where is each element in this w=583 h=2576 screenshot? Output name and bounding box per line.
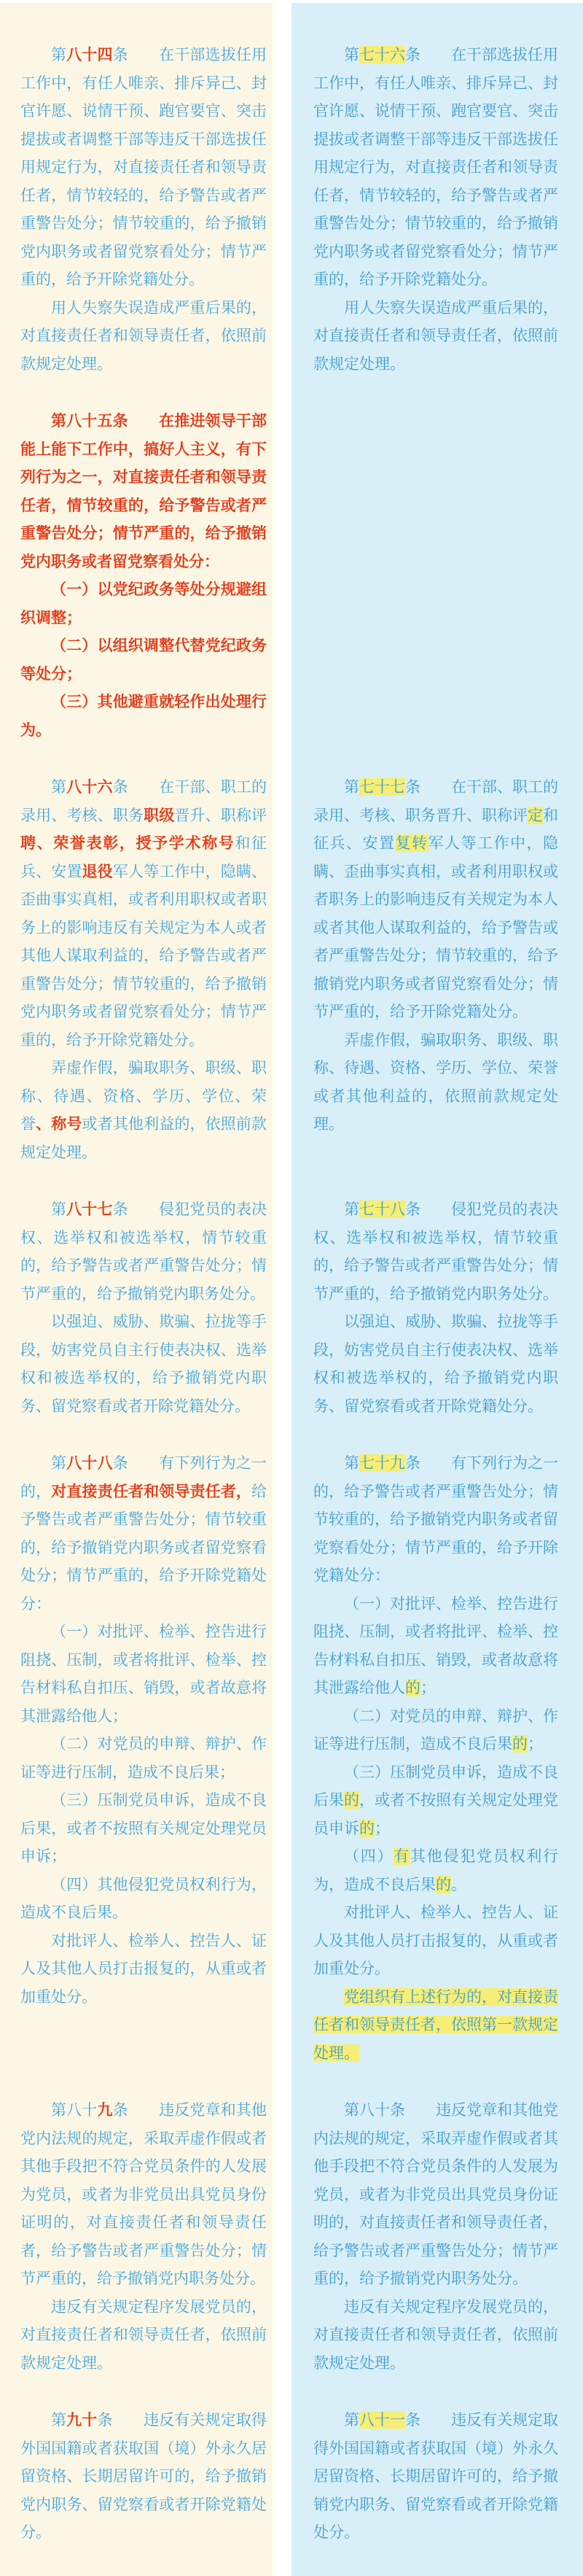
paragraph: 第九十条 违反有关规定取得外国国籍或者获取国（境）外永久居留资格、长期居留许可的… bbox=[20, 2406, 267, 2547]
highlighted-text-segment: 定 bbox=[528, 807, 543, 824]
text-segment: 用人失察失误造成严重后果的，对直接责任者和领导责任者，依照前款规定处理。 bbox=[313, 299, 558, 373]
right-article-cell: 第八十条 违反党章和其他党内法规的规定，采取弄虚作假或者其他手段把不符合党员条件… bbox=[291, 2096, 583, 2406]
paragraph: 以强迫、威胁、欺骗、拉拢等手段，妨害党员自主行使表决权、选举权和被选举权的，给予… bbox=[20, 1308, 267, 1420]
text-segment bbox=[128, 46, 159, 63]
text-segment bbox=[420, 1454, 451, 1472]
highlighted-text-segment: 七十八 bbox=[359, 1200, 405, 1218]
text-segment: 第 bbox=[344, 1200, 359, 1218]
paragraph: （一）对批评、检举、控告进行阻挠、压制，或者将批评、检举、控告材料私自扣压、销毁… bbox=[20, 1618, 267, 1730]
left-article-cell: 第八十六条 在干部、职工的录用、考核、职务职级晋升、职称评聘、荣誉表彰，授予学术… bbox=[0, 773, 273, 1195]
highlighted-text-segment: 的 bbox=[436, 1876, 451, 1893]
text-segment: 第 bbox=[344, 2411, 359, 2429]
text-segment: 第 bbox=[51, 46, 66, 63]
text-segment bbox=[128, 1454, 159, 1472]
comparison-grid: 第八十四条 在干部选拔任用工作中，有任人唯亲、排斥异己、封官许愿、说情干预、跑官… bbox=[0, 3, 583, 2576]
paragraph: 第八十八条 有下列行为之一的，对直接责任者和领导责任者，给予警告或者严重警告处分… bbox=[20, 1449, 267, 1618]
paragraph: 违反有关规定程序发展党员的，对直接责任者和领导责任者，依照前款规定处理。 bbox=[313, 2293, 558, 2378]
text-segment: 以强迫、威胁、欺骗、拉拢等手段，妨害党员自主行使表决权、选举权和被选举权的，给予… bbox=[20, 1313, 267, 1415]
text-segment: 第 bbox=[51, 2411, 66, 2429]
text-segment: 条 bbox=[113, 46, 128, 63]
left-article-cell: 第八十五条 在推进领导干部能上能下工作中，搞好人主义，有下列行为之一，对直接责任… bbox=[0, 407, 273, 773]
left-article-cell: 第八十八条 有下列行为之一的，对直接责任者和领导责任者，给予警告或者严重警告处分… bbox=[0, 1449, 273, 2096]
paragraph: 党组织有上述行为的，对直接责任者和领导责任者，依照第一款规定处理。 bbox=[313, 1983, 558, 2068]
paragraph: 用人失察失误造成严重后果的，对直接责任者和领导责任者，依照前款规定处理。 bbox=[20, 294, 267, 379]
text-segment: 违反党章和其他党内法规的规定，采取弄虚作假或者其他手段把不符合党员条件的人发展为… bbox=[313, 2101, 558, 2287]
added-text-segment: 在推进领导干部能上能下工作中，搞好人主义，有下列行为之一，对直接责任者和领导责任… bbox=[20, 412, 267, 570]
paragraph: 第七十六条 在干部选拔任用工作中，有任人唯亲、排斥异己、封官许愿、说情干预、跑官… bbox=[313, 41, 558, 294]
added-text-segment: （三）其他避重就轻作出处理行为。 bbox=[20, 693, 267, 739]
paragraph: （二）对党员的申辩、辩护、作证等进行压制，造成不良后果的； bbox=[313, 1702, 558, 1758]
text-segment: 违反有关规定程序发展党员的，对直接责任者和领导责任者，依照前款规定处理。 bbox=[313, 2298, 558, 2372]
column-gutter bbox=[273, 2406, 291, 2576]
left-article-cell: 第八十九条 违反党章和其他党内法规的规定，采取弄虚作假或者其他手段把不符合党员条… bbox=[0, 2096, 273, 2406]
text-segment bbox=[420, 2411, 451, 2429]
text-segment: 在干部选拔任用工作中，有任人唯亲、排斥异己、封官许愿、说情干预、跑官要官、突击提… bbox=[313, 46, 558, 288]
column-gutter bbox=[273, 3, 291, 407]
text-segment: 给予警告或者严重警告处分；情节较重的，给予撤销党内职务或者留党察看处分；情节严重… bbox=[20, 1483, 267, 1613]
text-segment: 第 bbox=[51, 1454, 66, 1472]
text-segment: ； bbox=[528, 1735, 543, 1753]
text-segment: 以强迫、威胁、欺骗、拉拢等手段，妨害党员自主行使表决权、选举权和被选举权的，给予… bbox=[313, 1313, 558, 1415]
added-text-segment: 、称号 bbox=[36, 1115, 82, 1133]
text-segment: （二）对党员的申辩、辩护、作证等进行压制，造成不良后果； bbox=[20, 1735, 267, 1781]
text-segment bbox=[405, 2101, 436, 2119]
text-segment: 条 bbox=[113, 1454, 128, 1472]
text-segment: （一）对批评、检举、控告进行阻挠、压制，或者将批评、检举、控告材料私自扣压、销毁… bbox=[20, 1623, 267, 1725]
right-article-cell: 第七十六条 在干部选拔任用工作中，有任人唯亲、排斥异己、封官许愿、说情干预、跑官… bbox=[291, 3, 583, 407]
text-segment: （一）对批评、检举、控告进行阻挠、压制，或者将批评、检举、控告材料私自扣压、销毁… bbox=[313, 1595, 558, 1697]
highlighted-text-segment: 党组织有上述行为的，对直接责任者和领导责任者，依照第一款规定处理。 bbox=[313, 1988, 558, 2062]
paragraph: （一）以党纪政务等处分规避组织调整； bbox=[20, 575, 267, 632]
paragraph: 第八十九条 违反党章和其他党内法规的规定，采取弄虚作假或者其他手段把不符合党员条… bbox=[20, 2096, 267, 2293]
text-segment: 军人等工作中，隐瞒、歪曲事实真相，或者利用职权或者职务上的影响违反有关规定为本人… bbox=[313, 834, 558, 1020]
added-text-segment: 对直接责任者和领导责任者， bbox=[51, 1483, 251, 1500]
text-segment: 。 bbox=[451, 1876, 466, 1893]
paragraph: （三）其他避重就轻作出处理行为。 bbox=[20, 688, 267, 744]
added-text-segment: 九十 bbox=[66, 2411, 97, 2429]
text-segment: 违反党章和其他党内法规的规定，采取弄虚作假或者其他手段把不符合党员条件的人发展为… bbox=[20, 2101, 267, 2287]
highlighted-text-segment: 七十七 bbox=[359, 778, 405, 796]
paragraph: 对批评人、检举人、控告人、证人及其他人员打击报复的，从重或者加重处分。 bbox=[313, 1898, 558, 1983]
paragraph: 第七十八条 侵犯党员的表决权、选举权和被选举权，情节较重的，给予警告或者严重警告… bbox=[313, 1195, 558, 1308]
text-segment bbox=[420, 778, 451, 796]
paragraph: （三）压制党员申诉，造成不良后果的，或者不按照有关规定处理党员申诉的； bbox=[313, 1758, 558, 1843]
text-segment: （三）压制党员申诉，造成不良后果，或者不按照有关规定处理党员申诉； bbox=[20, 1791, 267, 1865]
added-text-segment: 聘、荣誉表彰，授予学术称号 bbox=[20, 834, 235, 852]
highlighted-text-segment: 复转 bbox=[396, 834, 429, 852]
paragraph: （四）有其他侵犯党员权利行为，造成不良后果的。 bbox=[313, 1842, 558, 1898]
text-segment: 对批评人、检举人、控告人、证人及其他人员打击报复的，从重或者加重处分。 bbox=[313, 1904, 558, 1977]
column-gutter bbox=[273, 407, 291, 773]
text-segment: （四）其他侵犯党员权利行为，造成不良后果。 bbox=[20, 1876, 267, 1922]
text-segment: 条 bbox=[405, 1454, 420, 1472]
paragraph: （一）对批评、检举、控告进行阻挠、压制，或者将批评、检举、控告材料私自扣压、销毁… bbox=[313, 1590, 558, 1702]
paragraph: 违反有关规定程序发展党员的，对直接责任者和领导责任者，依照前款规定处理。 bbox=[20, 2293, 267, 2378]
paragraph: （四）其他侵犯党员权利行为，造成不良后果。 bbox=[20, 1871, 267, 1927]
text-segment bbox=[128, 778, 159, 796]
text-segment: 对批评人、检举人、控告人、证人及其他人员打击报复的，从重或者加重处分。 bbox=[20, 1932, 267, 2006]
text-segment: ； bbox=[420, 1679, 436, 1696]
text-segment bbox=[420, 46, 451, 63]
text-segment: 条 bbox=[405, 1200, 420, 1218]
text-segment: 第 bbox=[344, 1454, 359, 1472]
text-segment: 第八十 bbox=[51, 2101, 97, 2119]
added-text-segment: 职级 bbox=[144, 807, 174, 824]
column-gutter bbox=[273, 1449, 291, 2096]
paragraph: 弄虚作假，骗取职务、职级、职称、待遇、资格、学历、学位、荣誉、称号或者其他利益的… bbox=[20, 1054, 267, 1166]
highlighted-text-segment: 的 bbox=[512, 1735, 528, 1753]
highlighted-text-segment: 七十九 bbox=[359, 1454, 405, 1472]
text-segment: 第 bbox=[344, 778, 359, 796]
added-text-segment: 九 bbox=[97, 2101, 112, 2119]
paragraph: （二）对党员的申辩、辩护、作证等进行压制，造成不良后果； bbox=[20, 1730, 267, 1786]
paragraph: 第八十一条 违反有关规定取得外国国籍或者获取国（境）外永久居留资格、长期居留许可… bbox=[313, 2406, 558, 2547]
paragraph: 第八十五条 在推进领导干部能上能下工作中，搞好人主义，有下列行为之一，对直接责任… bbox=[20, 407, 267, 575]
added-text-segment bbox=[128, 412, 159, 430]
text-segment: 条 bbox=[97, 2411, 112, 2429]
right-article-cell: 第七十八条 侵犯党员的表决权、选举权和被选举权，情节较重的，给予警告或者严重警告… bbox=[291, 1195, 583, 1449]
paragraph: （二）以组织调整代替党纪政务等处分； bbox=[20, 632, 267, 688]
added-text-segment: （一）以党纪政务等处分规避组织调整； bbox=[20, 581, 267, 626]
text-segment: 第 bbox=[51, 778, 66, 796]
paragraph: 第八十六条 在干部、职工的录用、考核、职务职级晋升、职称评聘、荣誉表彰，授予学术… bbox=[20, 773, 267, 1054]
right-article-cell: 第七十九条 有下列行为之一的，给予警告或者严重警告处分；情节较重的，给予撤销党内… bbox=[291, 1449, 583, 2096]
added-text-segment: 八十七 bbox=[66, 1200, 112, 1218]
highlighted-text-segment: 的 bbox=[344, 1791, 359, 1809]
paragraph: 以强迫、威胁、欺骗、拉拢等手段，妨害党员自主行使表决权、选举权和被选举权的，给予… bbox=[313, 1308, 558, 1420]
paragraph: 第八十七条 侵犯党员的表决权、选举权和被选举权，情节较重的，给予警告或者严重警告… bbox=[20, 1195, 267, 1308]
text-segment: ； bbox=[375, 1820, 390, 1837]
comparison-document: 第八十四条 在干部选拔任用工作中，有任人唯亲、排斥异己、封官许愿、说情干预、跑官… bbox=[0, 3, 583, 2576]
text-segment: 用人失察失误造成严重后果的，对直接责任者和领导责任者，依照前款规定处理。 bbox=[20, 299, 267, 373]
highlighted-text-segment: 八十一 bbox=[359, 2411, 405, 2429]
left-article-cell: 第八十七条 侵犯党员的表决权、选举权和被选举权，情节较重的，给予警告或者严重警告… bbox=[0, 1195, 273, 1449]
text-segment: 第 bbox=[344, 46, 359, 63]
right-article-cell bbox=[291, 407, 583, 773]
text-segment bbox=[128, 1200, 159, 1218]
paragraph: 用人失察失误造成严重后果的，对直接责任者和领导责任者，依照前款规定处理。 bbox=[313, 294, 558, 379]
column-gutter bbox=[273, 2096, 291, 2406]
added-text-segment: 八十六 bbox=[66, 778, 112, 796]
paragraph: 第八十四条 在干部选拔任用工作中，有任人唯亲、排斥异己、封官许愿、说情干预、跑官… bbox=[20, 41, 267, 294]
column-gutter bbox=[273, 773, 291, 1195]
added-text-segment: 退役 bbox=[82, 863, 113, 880]
highlighted-text-segment: 七十六 bbox=[359, 46, 405, 63]
added-text-segment: （二）以组织调整代替党纪政务等处分； bbox=[20, 637, 267, 683]
paragraph: 弄虚作假，骗取职务、职级、职称、待遇、资格、学历、学位、荣誉或者其他利益的，依照… bbox=[313, 1026, 558, 1138]
paragraph: 对批评人、检举人、控告人、证人及其他人员打击报复的，从重或者加重处分。 bbox=[20, 1927, 267, 2011]
added-text-segment: 第八十五条 bbox=[51, 412, 128, 430]
column-gutter bbox=[273, 1195, 291, 1449]
paragraph: 第八十条 违反党章和其他党内法规的规定，采取弄虚作假或者其他手段把不符合党员条件… bbox=[313, 2096, 558, 2293]
text-segment: 条 bbox=[405, 778, 420, 796]
text-segment: 弄虚作假，骗取职务、职级、职称、待遇、资格、学历、学位、荣誉或者其他利益的，依照… bbox=[313, 1031, 558, 1133]
highlighted-text-segment: 的 bbox=[359, 1820, 375, 1837]
text-segment: 违反有关规定取得外国国籍或者获取国（境）外永久居留资格、长期居留许可的，给予撤销… bbox=[20, 2411, 267, 2541]
text-segment: 违反有关规定取得外国国籍或者获取国（境）外永久居留资格、长期居留许可的，给予撤销… bbox=[313, 2411, 558, 2541]
text-segment bbox=[113, 2411, 144, 2429]
left-article-cell: 第九十条 违反有关规定取得外国国籍或者获取国（境）外永久居留资格、长期居留许可的… bbox=[0, 2406, 273, 2576]
text-segment: 条 bbox=[113, 1200, 128, 1218]
right-article-cell: 第七十七条 在干部、职工的录用、考核、职务晋升、职称评定和征兵、安置复转军人等工… bbox=[291, 773, 583, 1195]
text-segment: 条 bbox=[113, 2101, 128, 2119]
text-segment: 第八十条 bbox=[344, 2101, 405, 2119]
text-segment bbox=[128, 2101, 159, 2119]
text-segment: 条 bbox=[405, 2411, 420, 2429]
left-article-cell: 第八十四条 在干部选拔任用工作中，有任人唯亲、排斥异己、封官许愿、说情干预、跑官… bbox=[0, 3, 273, 407]
highlighted-text-segment: 有 bbox=[394, 1847, 410, 1865]
text-segment bbox=[420, 1200, 451, 1218]
text-segment: 违反有关规定程序发展党员的，对直接责任者和领导责任者，依照前款规定处理。 bbox=[20, 2298, 267, 2372]
text-segment: 条 bbox=[405, 46, 420, 63]
paragraph: 第七十九条 有下列行为之一的，给予警告或者严重警告处分；情节较重的，给予撤销党内… bbox=[313, 1449, 558, 1590]
added-text-segment: 八十四 bbox=[66, 46, 112, 63]
text-segment: 在干部选拔任用工作中，有任人唯亲、排斥异己、封官许愿、说情干预、跑官要官、突击提… bbox=[20, 46, 267, 288]
text-segment: 有下列行为之一的，给予警告或者严重警告处分；情节较重的，给予撤销党内职务或者留党… bbox=[313, 1454, 558, 1584]
text-segment: 晋升、职称评 bbox=[174, 807, 267, 824]
text-segment: 条 bbox=[113, 778, 128, 796]
right-article-cell: 第八十一条 违反有关规定取得外国国籍或者获取国（境）外永久居留资格、长期居留许可… bbox=[291, 2406, 583, 2576]
text-segment: 军人等工作中，隐瞒、歪曲事实真相，或者利用职权或者职务上的影响违反有关规定为本人… bbox=[20, 863, 267, 1049]
paragraph: 第七十七条 在干部、职工的录用、考核、职务晋升、职称评定和征兵、安置复转军人等工… bbox=[313, 773, 558, 1026]
text-segment: （四） bbox=[344, 1847, 394, 1865]
text-segment: 第 bbox=[51, 1200, 66, 1218]
highlighted-text-segment: 的 bbox=[405, 1679, 420, 1696]
added-text-segment: 八十八 bbox=[66, 1454, 112, 1472]
paragraph: （三）压制党员申诉，造成不良后果，或者不按照有关规定处理党员申诉； bbox=[20, 1786, 267, 1871]
